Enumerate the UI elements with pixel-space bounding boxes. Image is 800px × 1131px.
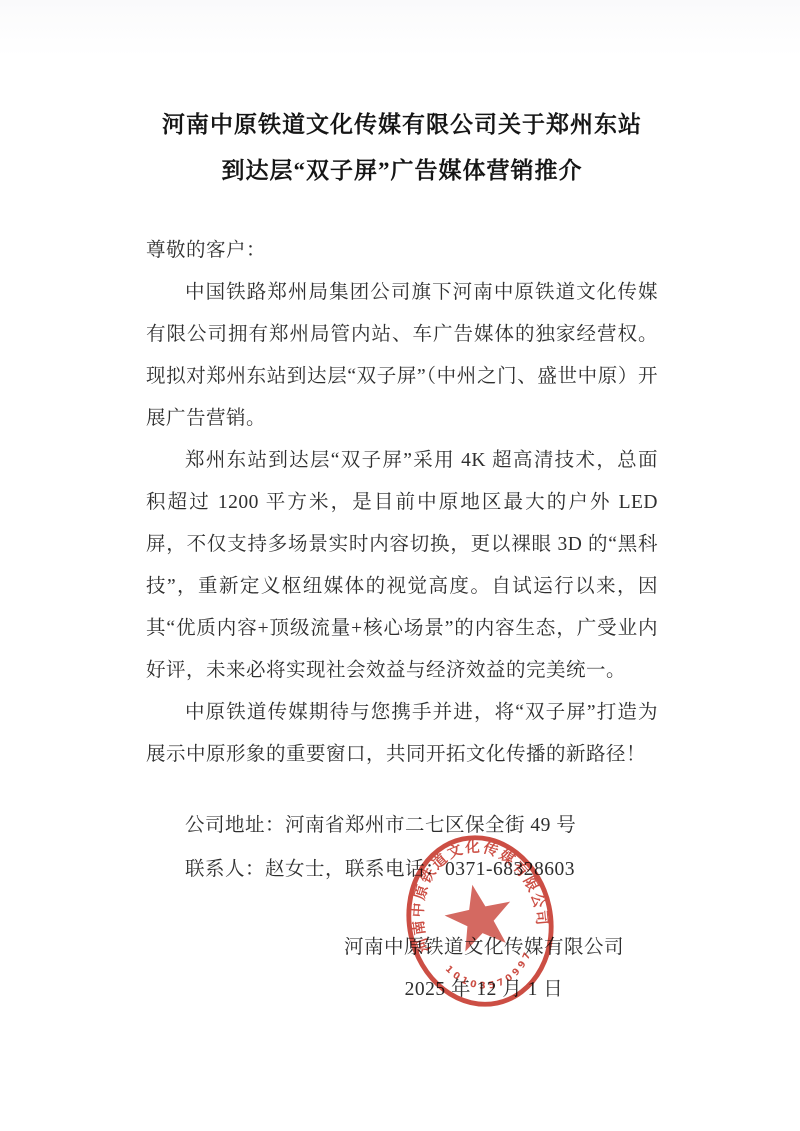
paragraph-1: 中国铁路郑州局集团公司旗下河南中原铁道文化传媒有限公司拥有郑州局管内站、车广告媒… xyxy=(146,272,658,440)
document-page: 河南中原铁道文化传媒有限公司关于郑州东站 到达层“双子屏”广告媒体营销推介 尊敬… xyxy=(0,0,800,1131)
title-line-2: 到达层“双子屏”广告媒体营销推介 xyxy=(146,148,658,194)
document-content: 河南中原铁道文化传媒有限公司关于郑州东站 到达层“双子屏”广告媒体营销推介 尊敬… xyxy=(0,0,800,1010)
document-title: 河南中原铁道文化传媒有限公司关于郑州东站 到达层“双子屏”广告媒体营销推介 xyxy=(146,102,658,194)
paragraph-2: 郑州东站到达层“双子屏”采用 4K 超高清技术，总面积超过 1200 平方米，是… xyxy=(146,440,658,692)
title-line-1: 河南中原铁道文化传媒有限公司关于郑州东站 xyxy=(146,102,658,148)
contact-person-line: 联系人：赵女士，联系电话：0371-68328603 xyxy=(146,848,658,892)
paragraph-3: 中原铁道传媒期待与您携手并进，将“双子屏”打造为展示中原形象的重要窗口，共同开拓… xyxy=(146,692,658,776)
signature-block: 河南中原铁道文化传媒有限公司 2025 年 12 月 1 日 xyxy=(274,928,694,1010)
signature-company-name: 河南中原铁道文化传媒有限公司 xyxy=(274,928,694,968)
company-address-line: 公司地址：河南省郑州市二七区保全街 49 号 xyxy=(146,804,658,848)
signature-date: 2025 年 12 月 1 日 xyxy=(274,970,694,1010)
salutation: 尊敬的客户： xyxy=(146,230,658,272)
contact-info-block: 公司地址：河南省郑州市二七区保全街 49 号 联系人：赵女士，联系电话：0371… xyxy=(146,804,658,892)
